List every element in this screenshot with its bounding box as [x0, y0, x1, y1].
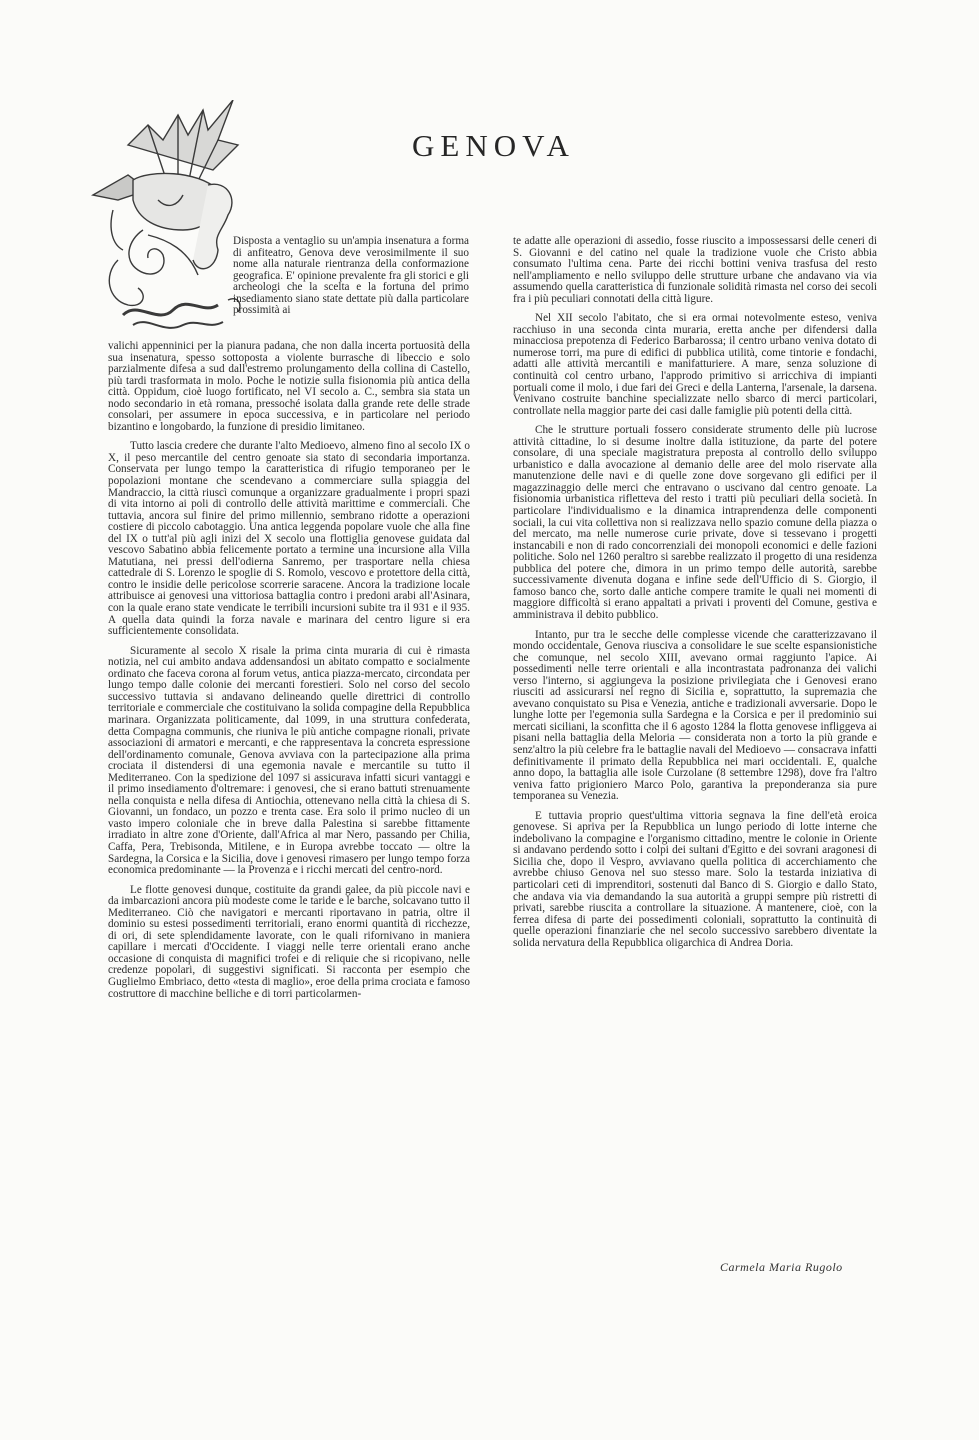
paragraph: Disposta a ventaglio su un'ampia insenat… [233, 236, 469, 317]
paragraph: Intanto, pur tra le secche delle comples… [513, 630, 877, 803]
paragraph: Nel XII secolo l'abitato, che si era orm… [513, 313, 877, 417]
paragraph: E tuttavia proprio quest'ultima vittoria… [513, 811, 877, 950]
paragraph: Che le strutture portuali fossero consid… [513, 425, 877, 621]
left-column: valichi appenninici per la pianura padan… [108, 341, 470, 1008]
paragraph: Le flotte genovesi dunque, costituite da… [108, 885, 470, 1000]
author-signature: Carmela Maria Rugolo [720, 1260, 843, 1275]
paragraph: Sicuramente al secolo X risale la prima … [108, 646, 470, 877]
paragraph: Tutto lascia credere che durante l'alto … [108, 441, 470, 637]
right-column: te adatte alle operazioni di assedio, fo… [513, 236, 877, 957]
paragraph: te adatte alle operazioni di assedio, fo… [513, 236, 877, 305]
paragraph: valichi appenninici per la pianura padan… [108, 341, 470, 433]
page-title: GENOVA [412, 128, 575, 164]
left-column-intro: Disposta a ventaglio su un'ampia insenat… [233, 236, 469, 325]
